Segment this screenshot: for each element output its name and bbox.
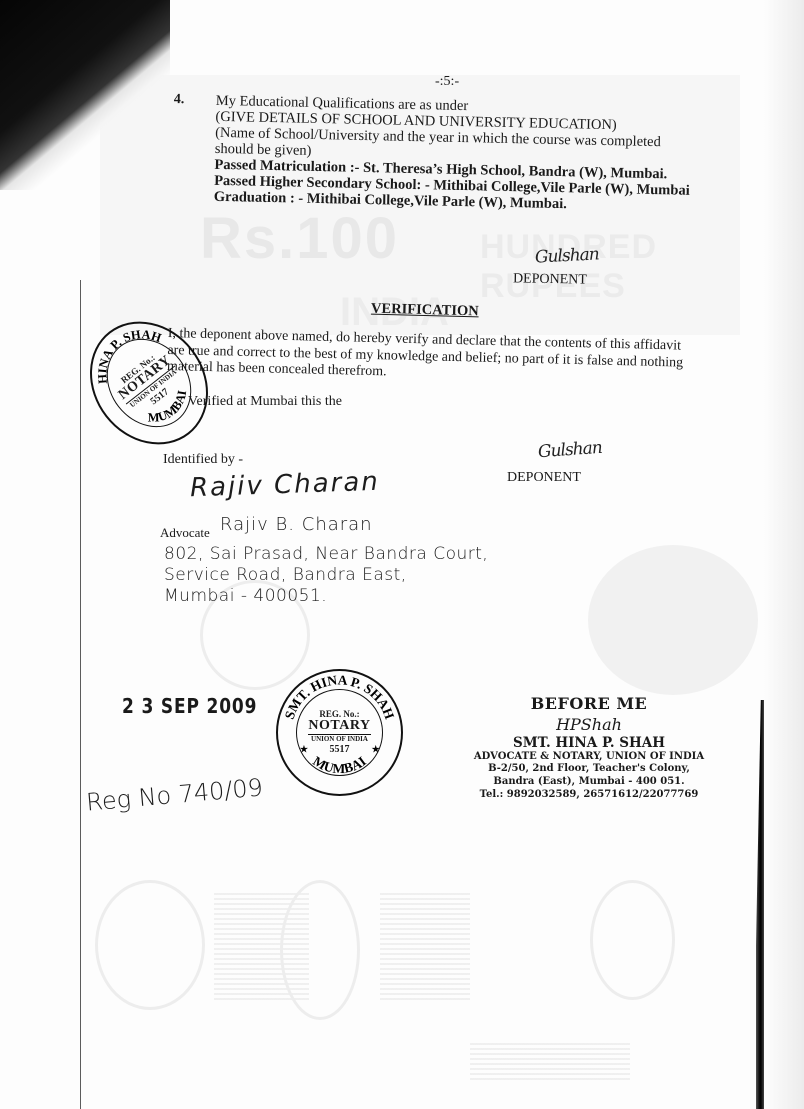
deponent-signature-1: Gulshan: [535, 244, 600, 267]
notary-role: ADVOCATE & NOTARY, UNION OF INDIA: [458, 751, 720, 762]
seal-number: 5517: [308, 745, 370, 755]
bleed-address: [470, 1040, 630, 1080]
before-me-label: BEFORE ME: [458, 694, 720, 713]
item-number: 4.: [174, 92, 185, 108]
date-stamp: 2 3 SEP 2009: [122, 694, 257, 718]
notary-signature: HPShah: [458, 715, 720, 734]
registration-number: Reg No 740/09: [85, 773, 264, 816]
bleed-stamp-box-1: [214, 890, 309, 1000]
bleed-stamp-box-2: [380, 890, 470, 1000]
scan-right-shadow: [756, 700, 764, 1109]
deponent-label-1: DEPONENT: [513, 271, 587, 288]
verification-text: I, the deponent above named, do hereby v…: [167, 326, 688, 388]
bleed-blob: [588, 545, 758, 695]
notary-seal-small: HINA P. SHAH MUMBAI REG. No.: NOTARY UNI…: [66, 298, 233, 468]
watermark-amount-words: HUNDRED RUPEES: [480, 228, 804, 306]
page-number: -:5:-: [435, 74, 459, 90]
scan-corner-shadow: [0, 0, 170, 190]
advocate-address-line: Mumbai - 400051.: [164, 586, 488, 607]
svg-text:MUMBAI: MUMBAI: [310, 753, 369, 776]
deponent-signature-2: Gulshan: [537, 438, 602, 462]
deponent-label-2: DEPONENT: [507, 470, 581, 486]
star-icon: ★: [371, 744, 381, 755]
watermark-amount: Rs.100: [200, 205, 399, 272]
verification-title: VERIFICATION: [371, 301, 479, 321]
notary-address-line: Bandra (East), Mumbai - 400 051.: [458, 775, 720, 788]
seal-union: UNION OF INDIA: [308, 736, 370, 743]
advocate-address-line: Service Road, Bandra East,: [164, 565, 488, 586]
advocate-address-line: 802, Sai Prasad, Near Bandra Court,: [164, 544, 488, 565]
section-educational-qualifications: 4. My Educational Qualifications are as …: [174, 92, 696, 215]
advocate-name: Rajiv B. Charan: [220, 514, 373, 535]
scan-right-edge: [764, 0, 804, 1109]
identified-by-label: Identified by -: [163, 452, 243, 468]
advocate-address: 802, Sai Prasad, Near Bandra Court, Serv…: [164, 534, 488, 607]
advocate-signature: Rajiv Charan: [190, 467, 381, 504]
seal-title: NOTARY: [308, 719, 370, 735]
notary-seal-main: SMT. HINA P. SHAH MUMBAI ★ ★ REG. No.: N…: [276, 669, 403, 796]
margin-line: [80, 280, 81, 1109]
bleed-seal-4: [590, 880, 675, 1000]
notary-name: SMT. HINA P. SHAH: [458, 735, 720, 751]
notary-address-line: B-2/50, 2nd Floor, Teacher's Colony,: [458, 762, 720, 775]
bleed-seal-3: [280, 880, 360, 1020]
notary-phone: Tel.: 9892032589, 26571612/22077769: [458, 788, 720, 801]
notary-block: BEFORE ME HPShah SMT. HINA P. SHAH ADVOC…: [458, 694, 720, 801]
notary-address: B-2/50, 2nd Floor, Teacher's Colony, Ban…: [458, 762, 720, 801]
bleed-seal-2: [95, 880, 205, 1010]
